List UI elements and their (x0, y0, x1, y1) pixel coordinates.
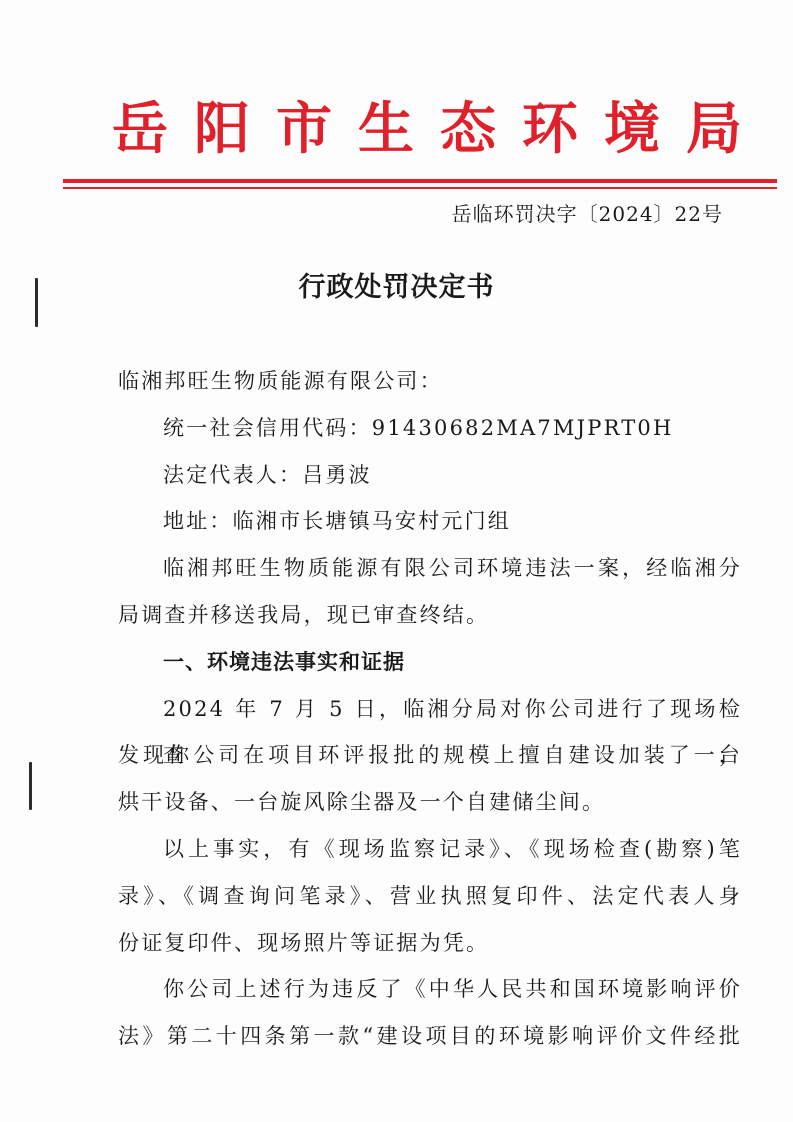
document-page: 岳 阳 市 生 态 环 境 局 岳临环罚决字〔2024〕22号 行政处罚决定书 … (0, 0, 793, 1122)
paragraph-line: 录》、《调查询问笔录》、营业执照复印件、法定代表人身 (118, 873, 742, 920)
letterhead-char: 环 (522, 96, 578, 162)
document-title: 行政处罚决定书 (0, 270, 793, 306)
paragraph-line: 局调查并移送我局，现已审查终结。 (118, 592, 742, 639)
letterhead-char: 岳 (112, 96, 168, 162)
section-heading: 一、环境违法事实和证据 (118, 639, 742, 686)
letterhead-char: 境 (604, 96, 660, 162)
letterhead-title: 岳 阳 市 生 态 环 境 局 (112, 96, 742, 162)
letterhead-char: 态 (440, 96, 496, 162)
letterhead-char: 局 (686, 96, 742, 162)
letterhead-char: 市 (276, 96, 332, 162)
margin-mark (35, 278, 38, 327)
legal-representative: 法定代表人：吕勇波 (118, 452, 742, 499)
paragraph-line: 烘干设备、一台旋风除尘器及一个自建储尘间。 (118, 779, 742, 826)
document-body: 临湘邦旺生物质能源有限公司： 统一社会信用代码：91430682MA7MJPRT… (118, 358, 742, 1060)
document-number: 岳临环罚决字〔2024〕22号 (452, 200, 723, 228)
address: 地址：临湘市长塘镇马安村元门组 (118, 498, 742, 545)
letterhead-char: 生 (358, 96, 414, 162)
recipient-name: 临湘邦旺生物质能源有限公司： (118, 358, 742, 405)
letterhead-rule-thick (63, 179, 777, 183)
paragraph-line: 以上事实，有《现场监察记录》、《现场检查(勘察)笔 (118, 826, 742, 873)
margin-mark (29, 762, 32, 810)
paragraph-line: 临湘邦旺生物质能源有限公司环境违法一案，经临湘分 (118, 545, 742, 592)
paragraph-line: 份证复印件、现场照片等证据为凭。 (118, 920, 742, 967)
paragraph-line: 你公司上述行为违反了《中华人民共和国环境影响评价 (118, 966, 742, 1013)
paragraph-line: 发现你公司在项目环评报批的规模上擅自建设加装了一台 (118, 732, 742, 779)
letterhead-rule-thin (63, 187, 777, 189)
credit-code: 统一社会信用代码：91430682MA7MJPRT0H (118, 405, 742, 452)
letterhead-char: 阳 (194, 96, 250, 162)
paragraph-line: 2024 年 7 月 5 日，临湘分局对你公司进行了现场检查， (118, 686, 742, 733)
paragraph-line: 法》第二十四条第一款“建设项目的环境影响评价文件经批 (118, 1013, 742, 1060)
